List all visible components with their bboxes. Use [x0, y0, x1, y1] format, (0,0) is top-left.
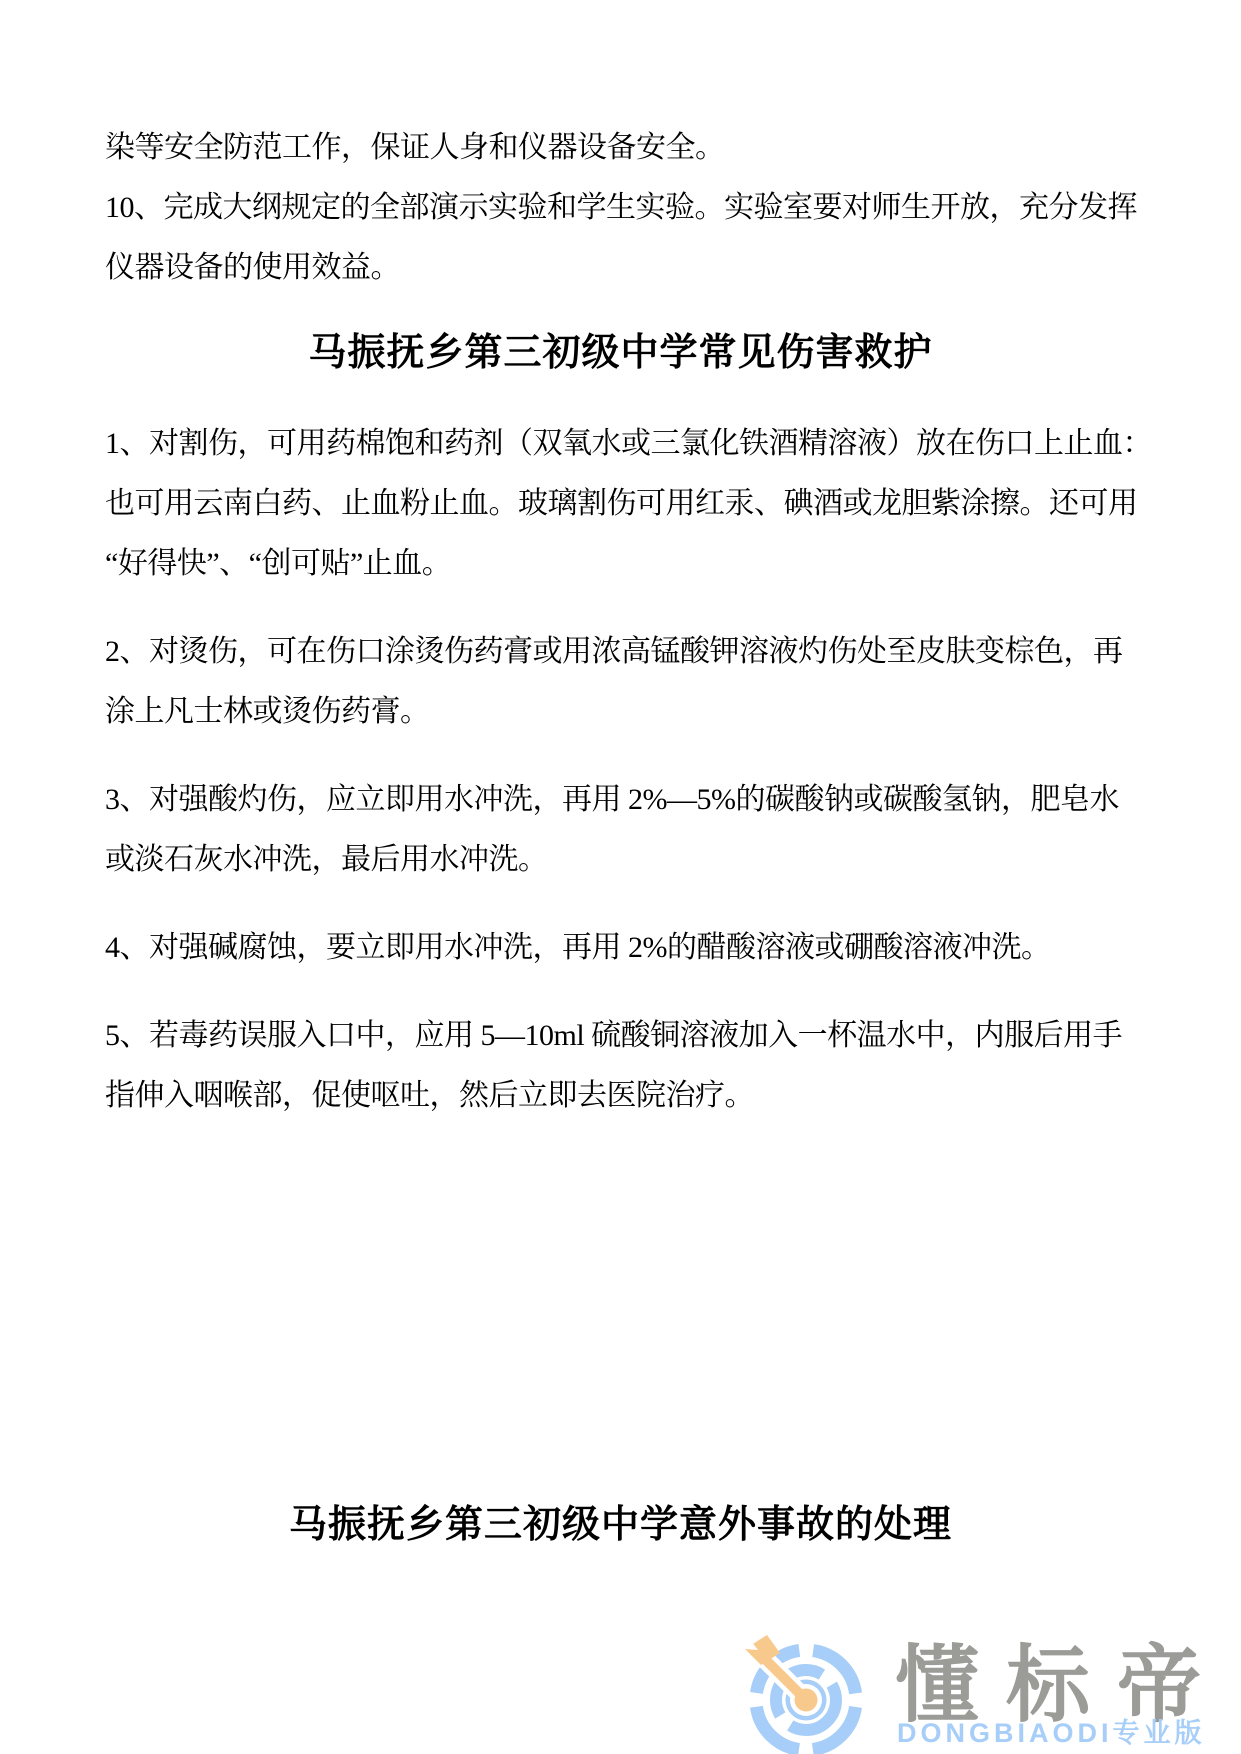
text-line: 3、对强酸灼伤，应立即用水冲洗，再用 2%—5%的碳酸钠或碳酸氢钠，肥皂水	[105, 770, 1136, 830]
target-dart-icon	[743, 1633, 869, 1754]
text-line: 仪器设备的使用效益。	[105, 238, 1136, 298]
intro-paragraph: 染等安全防范工作，保证人身和仪器设备安全。 10、完成大纲规定的全部演示实验和学…	[105, 118, 1136, 298]
text-line: 涂上凡士林或烫伤药膏。	[105, 682, 1136, 742]
text-line: 染等安全防范工作，保证人身和仪器设备安全。	[105, 118, 1136, 178]
aid-item-1: 1、对割伤，可用药棉饱和药剂（双氧水或三氯化铁酒精溶液）放在伤口上止血： 也可用…	[105, 414, 1136, 594]
brand-edition-label: 专业版	[1113, 1718, 1206, 1748]
text-line: 2、对烫伤，可在伤口涂烫伤药膏或用浓高锰酸钾溶液灼伤处至皮肤变棕色，再	[105, 622, 1136, 682]
text-line: 指伸入咽喉部，促使呕吐，然后立即去医院治疗。	[105, 1066, 1136, 1126]
text-line: 也可用云南白药、止血粉止血。玻璃割伤可用红汞、碘酒或龙胆紫涂擦。还可用	[105, 474, 1136, 534]
text-line: 5、若毒药误服入口中，应用 5—10ml 硫酸铜溶液加入一杯温水中，内服后用手	[105, 1006, 1136, 1066]
section-title-first-aid: 马振抚乡第三初级中学常见伤害救护	[105, 330, 1136, 376]
aid-item-2: 2、对烫伤，可在伤口涂烫伤药膏或用浓高锰酸钾溶液灼伤处至皮肤变棕色，再 涂上凡士…	[105, 622, 1136, 742]
text-line: “好得快”、“创可贴”止血。	[105, 534, 1136, 594]
aid-item-3: 3、对强酸灼伤，应立即用水冲洗，再用 2%—5%的碳酸钠或碳酸氢钠，肥皂水 或淡…	[105, 770, 1136, 890]
document-content: 染等安全防范工作，保证人身和仪器设备安全。 10、完成大纲规定的全部演示实验和学…	[0, 0, 1241, 1548]
section-title-accident-handling: 马振抚乡第三初级中学意外事故的处理	[105, 1502, 1136, 1548]
text-line: 4、对强碱腐蚀，要立即用水冲洗，再用 2%的醋酸溶液或硼酸溶液冲洗。	[105, 918, 1136, 978]
aid-item-4: 4、对强碱腐蚀，要立即用水冲洗，再用 2%的醋酸溶液或硼酸溶液冲洗。	[105, 918, 1136, 978]
text-line: 10、完成大纲规定的全部演示实验和学生实验。实验室要对师生开放，充分发挥	[105, 178, 1136, 238]
brand-subtitle: DONGBIAODI专业版	[897, 1719, 1206, 1748]
brand-latin-text: DONGBIAODI	[897, 1718, 1113, 1748]
text-line: 1、对割伤，可用药棉饱和药剂（双氧水或三氯化铁酒精溶液）放在伤口上止血：	[105, 414, 1136, 474]
brand-name: 懂标帝	[895, 1643, 1228, 1727]
text-line: 或淡石灰水冲洗，最后用水冲洗。	[105, 830, 1136, 890]
aid-item-5: 5、若毒药误服入口中，应用 5—10ml 硫酸铜溶液加入一杯温水中，内服后用手 …	[105, 1006, 1136, 1126]
document-page: 染等安全防范工作，保证人身和仪器设备安全。 10、完成大纲规定的全部演示实验和学…	[0, 0, 1241, 1754]
